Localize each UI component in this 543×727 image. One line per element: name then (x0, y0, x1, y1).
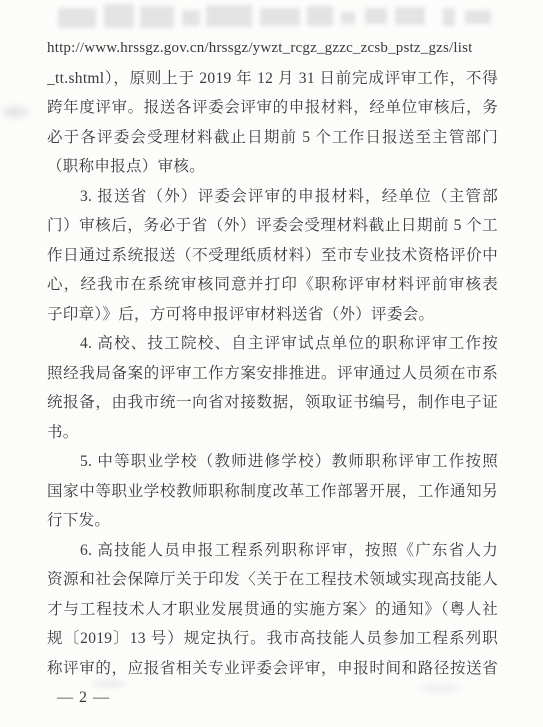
scan-smudge (2, 106, 28, 118)
document-body: http://www.hrssgz.gov.cn/hrssgz/ywzt_rcg… (47, 34, 498, 683)
text-line: 4. 高校、技工院校、自主评审试点单位的职称评审工作按 (47, 329, 498, 359)
text-line: （职称申报点）审核。 (47, 152, 498, 182)
text-line: http://www.hrssgz.gov.cn/hrssgz/ywzt_rcg… (47, 34, 498, 64)
text-line: 规〔2019〕13 号）规定执行。我市高技能人员参加工程系列职 (47, 624, 498, 654)
text-line: 门）审核后，务必于省（外）评委会受理材料截止日期前 5 个工 (47, 211, 498, 241)
text-line: 统报备，由我市统一向省对接数据，领取证书编号，制作电子证 (47, 388, 498, 418)
text-line: 称评审的，应报省相关专业评委会评审，申报时间和路径按送省 (47, 654, 498, 684)
text-line: 子印章）》后，方可将申报评审材料送省（外）评委会。 (47, 300, 498, 330)
text-line: 资源和社会保障厅关于印发〈关于在工程技术领域实现高技能人 (47, 565, 498, 595)
scan-smudge (420, 684, 460, 693)
text-line: 照经我局备案的评审工作方案安排推进。评审通过人员须在市系 (47, 359, 498, 389)
text-line: 国家中等职业学校教师职称制度改革工作部署开展，工作通知另 (47, 477, 498, 507)
text-line: 书。 (47, 418, 498, 448)
text-line: 5. 中等职业学校（教师进修学校）教师职称评审工作按照 (47, 447, 498, 477)
text-line: 跨年度评审。报送各评委会评审的申报材料，经单位审核后，务 (47, 93, 498, 123)
text-line: _tt.shtml），原则上于 2019 年 12 月 31 日前完成评审工作，… (47, 64, 498, 94)
text-line: 6. 高技能人员申报工程系列职称评审，按照《广东省人力 (47, 536, 498, 566)
text-line: 必于各评委会受理材料截止日期前 5 个工作日报送至主管部门 (47, 123, 498, 153)
text-line: 作日通过系统报送（不受理纸质材料）至市专业技术资格评价中 (47, 241, 498, 271)
text-line: 行下发。 (47, 506, 498, 536)
text-line: 才与工程技术人才职业发展贯通的实施方案〉的通知》（粤人社 (47, 595, 498, 625)
page-number: — 2 — (57, 689, 110, 707)
scanned-document-page: http://www.hrssgz.gov.cn/hrssgz/ywzt_rcg… (0, 0, 543, 727)
bleed-through-artifact (58, 2, 508, 32)
text-line: 3. 报送省（外）评委会评审的申报材料，经单位（主管部 (47, 182, 498, 212)
text-line: 心，经我市在系统审核同意并打印《职称评审材料评前审核表（电 (47, 270, 498, 300)
